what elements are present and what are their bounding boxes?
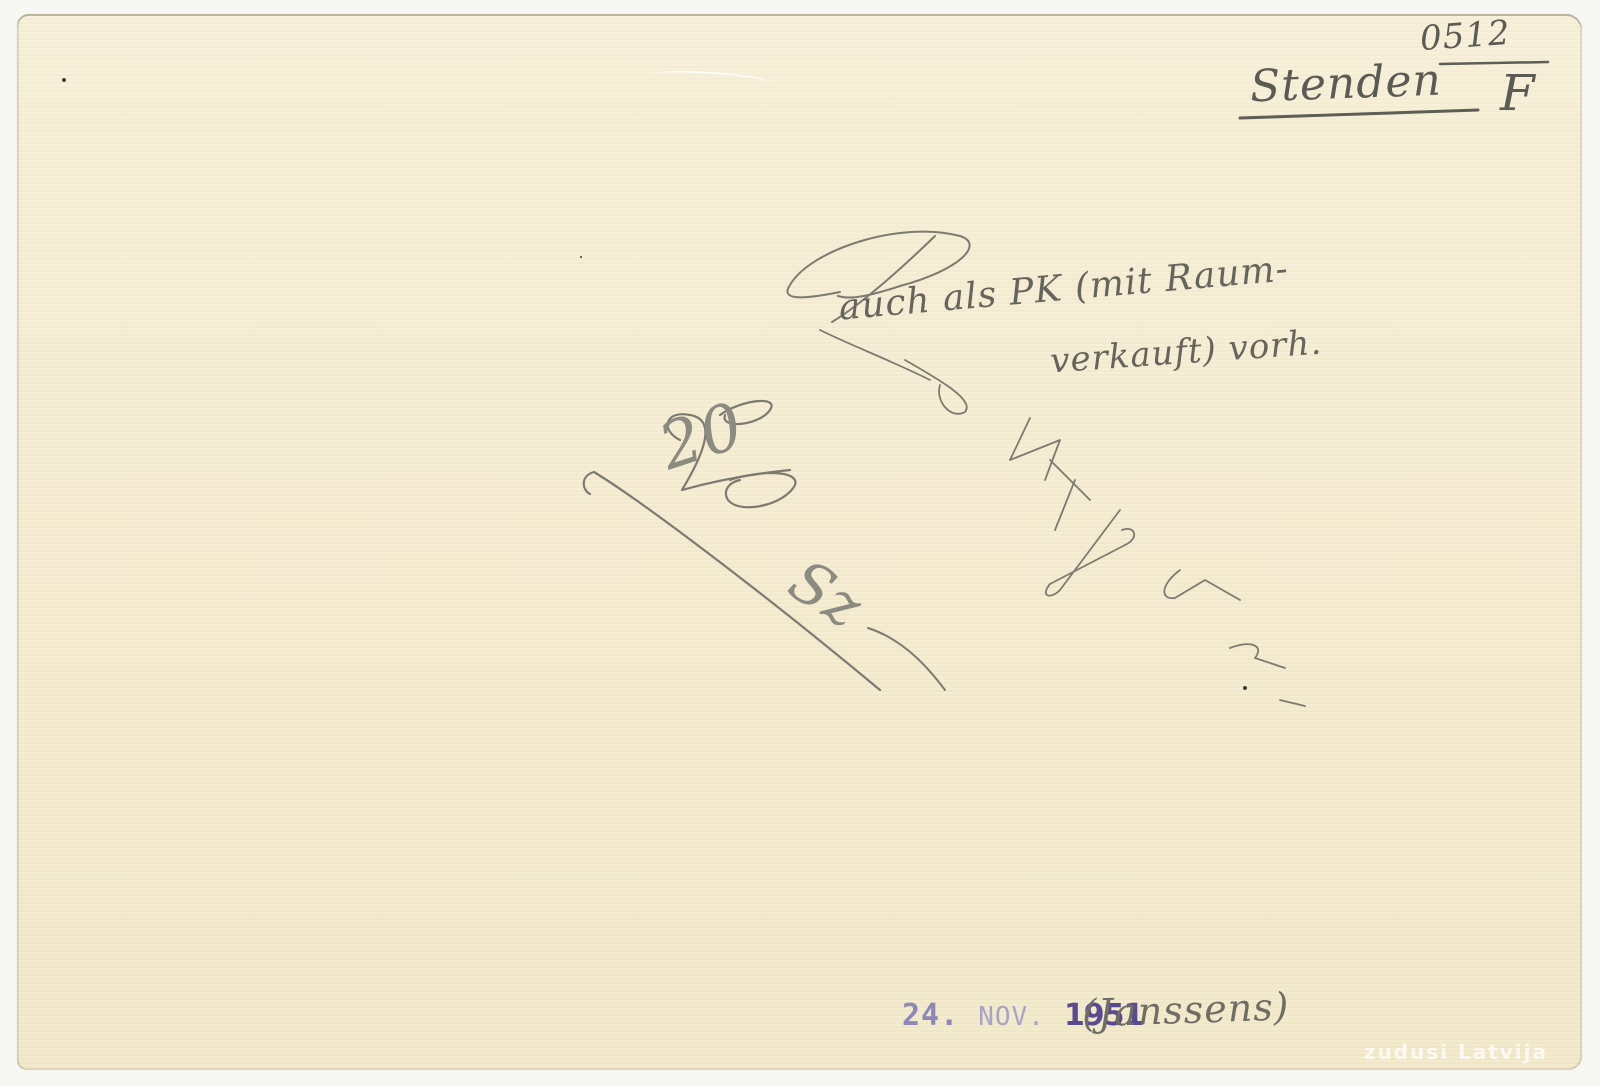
pencil-strokes [0,0,1600,1086]
mplus-stroke [1010,418,1090,530]
watermark: zudusi Latvija [1364,1040,1548,1064]
signature: (Janssens) [1081,984,1290,1035]
twenty-zero-stroke [726,473,795,507]
stamp-month: NOV. [978,1002,1045,1032]
price-unit-tail [868,628,945,690]
sz-stroke [1230,644,1305,706]
raus-stroke [820,330,967,414]
name-label: Stenden [1249,55,1442,113]
p-stroke [1046,510,1134,596]
initial-mark: F [1500,64,1536,122]
stamp-day: 24. [902,998,959,1033]
five-stroke [1164,570,1240,600]
catalog-number: 0512 [1419,13,1512,59]
